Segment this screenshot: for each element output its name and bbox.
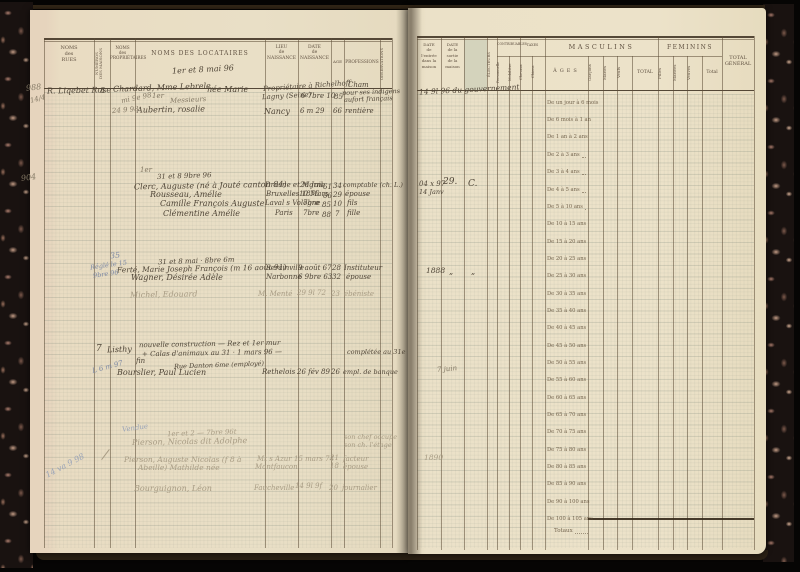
handwritten-text: + Calas d'animaux au 31 · 1 mars 96 —	[142, 349, 282, 358]
handwritten-text: Mt s Azur	[257, 456, 292, 463]
handwritten-text: 04 x 97	[419, 181, 445, 188]
handwritten-text: 8	[100, 87, 105, 95]
handwritten-text: Listhy	[107, 346, 132, 355]
handwritten-text: son chef occupe	[344, 434, 397, 441]
handwritten-text: 10	[333, 201, 342, 208]
handwritten-text: facteur	[343, 456, 369, 463]
handwritten-text: 15 mars 74	[294, 456, 334, 463]
handwritten-text: 14/4	[29, 94, 46, 105]
handwritten-text: Camille François Auguste	[160, 200, 265, 208]
handwritten-text: 7	[96, 345, 102, 354]
handwritten-text: Montfaucon	[255, 464, 298, 471]
handwritten-text: „	[471, 268, 475, 276]
handwritten-text: 1890	[424, 454, 443, 462]
handwritten-text: 31 et 8 9bre 96	[157, 172, 212, 181]
handwritten-text: 6 m 29	[300, 108, 324, 115]
handwritten-text: 1888	[426, 267, 445, 275]
handwritten-text: Bourslier, Paul Lucien	[117, 369, 206, 377]
handwritten-text: Michel, Edouard	[130, 290, 198, 299]
handwritten-text: 34	[333, 183, 342, 190]
handwritten-text: Faucheville	[254, 485, 294, 492]
handwritten-text: 6 9bre 63	[298, 274, 332, 281]
handwritten-text: née Marie	[207, 86, 248, 94]
handwritten-text: fille	[347, 210, 360, 217]
handwritten-text: 14 9l 96 du gouvernement	[419, 83, 520, 96]
handwritten-text: 988	[26, 83, 42, 93]
handwritten-text: 1er	[152, 93, 164, 100]
handwritten-text: 18	[330, 463, 339, 470]
handwritten-text: épouse	[345, 191, 370, 198]
handwritten-entries-layer: 98814/4R. Liqebet Rose8Chardard, Mme Leb…	[0, 0, 800, 572]
handwritten-text: 7bre	[303, 210, 319, 217]
handwritten-text: 29 9l 72	[297, 290, 326, 297]
handwritten-text: son ch. l'étage	[344, 442, 392, 449]
handwritten-text: 14 va 9 98	[45, 453, 86, 480]
handwritten-text: Rousseau, Amélie	[150, 191, 222, 199]
handwritten-text: 29.	[443, 178, 457, 187]
handwritten-text: 28	[332, 265, 341, 272]
handwritten-text: complétée au 31e	[347, 349, 405, 356]
handwritten-text: 85	[322, 202, 331, 209]
handwritten-text: Abeille) Mathilde née	[138, 464, 220, 472]
handwritten-text: Vendue	[122, 423, 149, 434]
handwritten-text: 20	[329, 485, 338, 492]
handwritten-text: C.	[468, 180, 477, 189]
handwritten-text: Clémentine Amélie	[163, 210, 240, 218]
handwritten-text: 26 Juil	[300, 182, 323, 189]
handwritten-text: Pierson, Nicolas dit Adolphe	[132, 437, 247, 447]
handwritten-text: Rethelois	[262, 369, 295, 376]
handwritten-text: 26 fév 89	[297, 369, 330, 376]
handwritten-text: 66	[333, 108, 342, 115]
handwritten-text: M. Menté	[258, 291, 292, 298]
handwritten-text: fils	[347, 200, 358, 207]
handwritten-text: fin	[136, 358, 145, 365]
handwritten-text: Nancy	[264, 108, 290, 116]
handwritten-text: 23	[331, 291, 340, 298]
handwritten-text: 29	[333, 192, 342, 199]
handwritten-text: 9bre 96	[93, 269, 119, 279]
handwritten-text: Bourguignon, Léon	[134, 485, 212, 493]
handwritten-text: 7 juin	[437, 365, 458, 374]
handwritten-text: aufort français	[344, 95, 393, 103]
handwritten-text: rentière	[345, 108, 374, 115]
handwritten-text: Instituteur	[344, 265, 382, 272]
handwritten-text: journalier	[342, 485, 377, 492]
handwritten-text: 14 9l 9f	[295, 483, 322, 490]
handwritten-text: ∕	[102, 448, 109, 463]
handwritten-text: „	[449, 268, 453, 276]
handwritten-text: mi 9e 98	[121, 92, 153, 105]
handwritten-text: Aubertin, rosalie	[137, 105, 205, 114]
handwritten-text: Wagner, Désirée Adèle	[131, 274, 223, 282]
handwritten-text: épouse	[343, 464, 368, 471]
handwritten-text: 7	[335, 211, 339, 218]
handwritten-text: 26	[331, 369, 340, 376]
handwritten-text: Narbonne	[266, 274, 302, 281]
handwritten-text: Paris	[275, 210, 293, 217]
handwritten-text: 1er	[140, 167, 152, 174]
handwritten-text: 32	[332, 274, 341, 281]
handwritten-text: 904	[21, 173, 37, 183]
handwritten-text: ébéniste	[344, 291, 374, 298]
handwritten-text: empl. de banque	[343, 369, 398, 376]
handwritten-text: 24 9 98	[112, 106, 139, 115]
handwritten-text: 9 août 67	[298, 265, 332, 272]
handwritten-text: 66	[323, 193, 332, 200]
photographed-register-book: NOMS des RUES NUMÉROS DES MAISONS NOMS d…	[0, 0, 800, 572]
handwritten-text: épouse	[346, 274, 371, 281]
handwritten-text: 88	[322, 212, 331, 219]
handwritten-text: 14 Janv	[419, 189, 444, 196]
handwritten-text: 21	[330, 455, 339, 462]
handwritten-text: 6 7bre 10	[301, 93, 335, 100]
handwritten-text: 7bre	[303, 200, 319, 207]
handwritten-text: comptable (ch. L.)	[343, 182, 403, 189]
